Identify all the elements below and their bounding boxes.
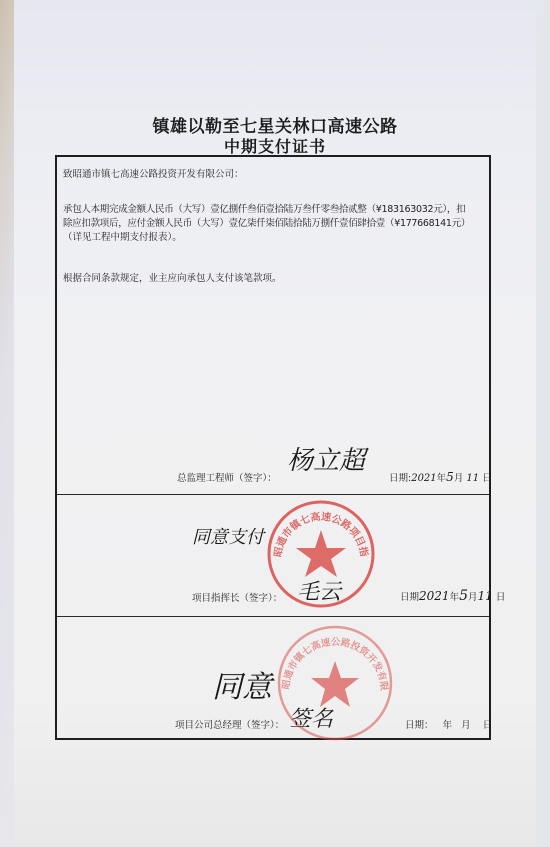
gm-signature-label: 项目公司总经理（签字）： [175, 717, 284, 731]
date-day: 11 [478, 589, 493, 603]
date-day: 11 [466, 473, 479, 484]
payment-paragraph: 承包人本期完成金额人民币（大写）壹亿捌仟叁佰壹拾陆万叁仟零叁拾贰整（¥18316… [63, 203, 483, 245]
date-year: 2021 [411, 473, 436, 484]
payment-line-2: 除应扣款项后，应付金额人民币（大写）壹亿柒仟柒佰陆拾陆万捌仟壹佰肆拾壹（¥177… [63, 217, 483, 231]
commander-signature-label: 项目指挥长（签字）： [192, 590, 282, 604]
commander-date: 日期2021年5月11 日 [400, 588, 505, 604]
date-label: 日期: [389, 473, 411, 484]
year-unit: 年 [437, 473, 447, 484]
supervisor-handwritten-signature: 杨立超 [287, 440, 365, 477]
addressee: 致昭通市镇七高速公路投资开发有限公司： [63, 167, 244, 182]
date-label: 日期： [405, 720, 434, 731]
year-unit: 年 [443, 720, 453, 731]
contract-clause: 根据合同条款规定，业主应向承包人支付该笔款项。 [63, 271, 282, 286]
date-year: 2021 [419, 589, 450, 603]
row-divider [57, 616, 489, 617]
payment-line-1: 承包人本期完成金额人民币（大写）壹亿捌仟叁佰壹拾陆万叁仟零叁拾贰整（¥18316… [63, 203, 483, 217]
supervisor-signature-label: 总监理工程师（签字）： [177, 470, 277, 484]
document-subtitle: 中期支付证书 [0, 134, 550, 157]
row-divider [57, 494, 489, 495]
certificate-frame: 致昭通市镇七高速公路投资开发有限公司： 承包人本期完成金额人民币（大写）壹亿捌仟… [55, 155, 491, 740]
month-unit: 月 [461, 720, 471, 731]
date-label: 日期 [400, 592, 419, 603]
day-unit: 日 [496, 592, 506, 603]
date-month: 5 [446, 470, 454, 484]
gm-date: 日期： 年 月 日 [405, 717, 492, 731]
supervisor-date: 日期:2021年5月 11 日 [389, 470, 492, 484]
gm-handwritten-signature: 签名 [289, 702, 333, 733]
year-unit: 年 [450, 592, 460, 603]
commander-handwritten-signature: 毛云 [297, 575, 341, 606]
month-unit: 月 [468, 592, 478, 603]
commander-approval-note: 同意支付 [192, 523, 264, 549]
month-unit: 月 [454, 473, 464, 484]
gm-approval-note: 同意 [212, 662, 272, 706]
day-unit: 日 [483, 720, 493, 731]
payment-line-3: （详见工程中期支付报表）。 [63, 231, 483, 245]
day-unit: 日 [482, 473, 492, 484]
date-month: 5 [459, 588, 468, 604]
